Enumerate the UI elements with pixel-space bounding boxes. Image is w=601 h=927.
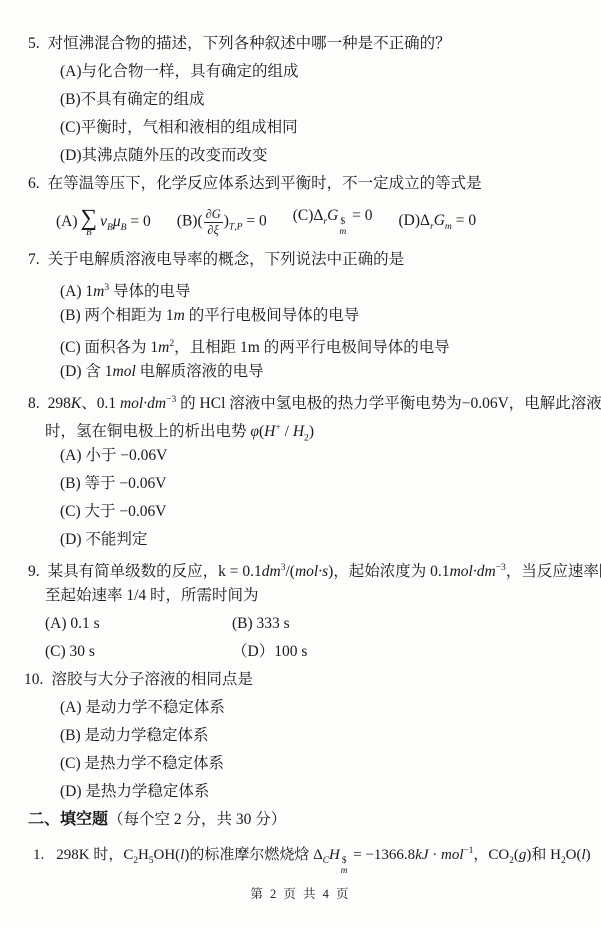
q5-option-a: (A)与化合物一样，具有确定的组成 <box>0 58 601 86</box>
question-9: 9.某具有简单级数的反应，k = 0.1dm3/(mol·s)，起始浓度为 0.… <box>0 554 601 666</box>
q6-options-row: (A)∑BνBμB = 0 (B)(∂G∂ξ)T,P = 0 (C)ΔrG$m … <box>0 198 601 246</box>
question-10: 10.溶胶与大分子溶液的相同点是 (A) 是动力学不稳定体系 (B) 是动力学稳… <box>0 666 601 806</box>
q6-option-d: (D)ΔrGm = 0 <box>399 212 477 232</box>
question-6: 6.在等温等压下，化学反应体系达到平衡时，不一定成立的等式是 (A)∑BνBμB… <box>0 170 601 246</box>
q6-option-a: (A)∑BνBμB = 0 <box>56 208 151 237</box>
fillin-1-number: 1. <box>33 838 44 872</box>
q7-option-c: (C) 面积各为 1m2，且相距 1m 的两平行电极间导体的电导 <box>0 330 601 358</box>
q8-option-c: (C) 大于 −0.06V <box>0 498 601 526</box>
q6-number: 6. <box>28 170 40 198</box>
question-5: 5.对恒沸混合物的描述，下列各种叙述中哪一种是不正确的？ (A)与化合物一样，具… <box>0 30 601 170</box>
q8-option-b: (B) 等于 −0.06V <box>0 470 601 498</box>
q9-options-row1: (A) 0.1 s (B) 333 s <box>0 610 601 638</box>
q10-option-a: (A) 是动力学不稳定体系 <box>0 694 601 722</box>
q9-option-b: (B) 333 s <box>232 610 290 638</box>
q9-options-row2: (C) 30 s （D）100 s <box>0 638 601 666</box>
page-footer: 第 2 页 共 4 页 <box>0 884 601 902</box>
q8-number: 8. <box>28 390 40 418</box>
q8-option-a: (A) 小于 −0.06V <box>0 442 601 470</box>
q10-option-c: (C) 是热力学不稳定体系 <box>0 750 601 778</box>
q7-option-d: (D) 含 1mol 电解质溶液的电导 <box>0 358 601 386</box>
q7-stem-line: 7.关于电解质溶液电导率的概念，下列说法中正确的是 <box>0 246 601 274</box>
q9-stem1: 某具有简单级数的反应，k = 0.1dm3/(mol·s)，起始浓度为 0.1m… <box>48 563 601 580</box>
question-7: 7.关于电解质溶液电导率的概念，下列说法中正确的是 (A) 1m3 导体的电导 … <box>0 246 601 386</box>
q6-option-c: (C)ΔrG$m = 0 <box>293 207 373 237</box>
q9-stem-line2: 至起始速率 1/4 时，所需时间为 <box>0 582 601 610</box>
q5-option-c: (C)平衡时，气相和液相的组成相同 <box>0 114 601 142</box>
section-2-heading: 二、填空题（每个空 2 分，共 30 分） <box>0 806 601 834</box>
q5-stem-line: 5.对恒沸混合物的描述，下列各种叙述中哪一种是不正确的？ <box>0 30 601 58</box>
q10-stem-line: 10.溶胶与大分子溶液的相同点是 <box>0 666 601 694</box>
q10-stem: 溶胶与大分子溶液的相同点是 <box>51 671 253 688</box>
section-2-points: （每个空 2 分，共 30 分） <box>108 811 286 828</box>
q9-stem-line1: 9.某具有简单级数的反应，k = 0.1dm3/(mol·s)，起始浓度为 0.… <box>0 554 601 582</box>
q10-option-b: (B) 是动力学稳定体系 <box>0 722 601 750</box>
q8-stem-line2: 时，氢在铜电极上的析出电势 φ(H+ / H2) <box>0 414 601 442</box>
q8-option-d: (D) 不能判定 <box>0 526 601 554</box>
q6-stem-line: 6.在等温等压下，化学反应体系达到平衡时，不一定成立的等式是 <box>0 170 601 198</box>
q7-option-b: (B) 两个相距为 1m 的平行电极间导体的电导 <box>0 302 601 330</box>
exam-page: 5.对恒沸混合物的描述，下列各种叙述中哪一种是不正确的？ (A)与化合物一样，具… <box>0 0 601 927</box>
q5-stem: 对恒沸混合物的描述，下列各种叙述中哪一种是不正确的？ <box>48 35 451 52</box>
q7-option-a: (A) 1m3 导体的电导 <box>0 274 601 302</box>
q9-number: 9. <box>28 558 40 586</box>
q8-stem1: 298K、0.1 mol·dm−3 的 HCl 溶液中氢电极的热力学平衡电势为−… <box>48 395 601 412</box>
q10-option-d: (D) 是热力学稳定体系 <box>0 778 601 806</box>
q6-stem: 在等温等压下，化学反应体系达到平衡时，不一定成立的等式是 <box>48 175 482 192</box>
q10-number: 10. <box>24 666 43 694</box>
q5-option-b: (B)不具有确定的组成 <box>0 86 601 114</box>
q6-option-b: (B)(∂G∂ξ)T,P = 0 <box>177 207 267 237</box>
q5-number: 5. <box>28 30 40 58</box>
q9-option-c: (C) 30 s <box>45 638 232 666</box>
q9-option-d: （D）100 s <box>232 638 307 666</box>
q9-option-a: (A) 0.1 s <box>45 610 232 638</box>
section-2-title: 二、填空题 <box>28 811 108 828</box>
fillin-1-text: 298K 时，C2H5OH(l)的标准摩尔燃烧焓 ΔCH$m = −1366.8… <box>56 847 590 863</box>
q7-stem: 关于电解质溶液电导率的概念，下列说法中正确的是 <box>48 251 405 268</box>
q5-option-d: (D)其沸点随外压的改变而改变 <box>0 142 601 170</box>
question-8: 8.298K、0.1 mol·dm−3 的 HCl 溶液中氢电极的热力学平衡电势… <box>0 386 601 554</box>
q8-stem-line1: 8.298K、0.1 mol·dm−3 的 HCl 溶液中氢电极的热力学平衡电势… <box>0 386 601 414</box>
q7-number: 7. <box>28 246 40 274</box>
fillin-item-1: 1.298K 时，C2H5OH(l)的标准摩尔燃烧焓 ΔCH$m = −1366… <box>0 834 601 868</box>
